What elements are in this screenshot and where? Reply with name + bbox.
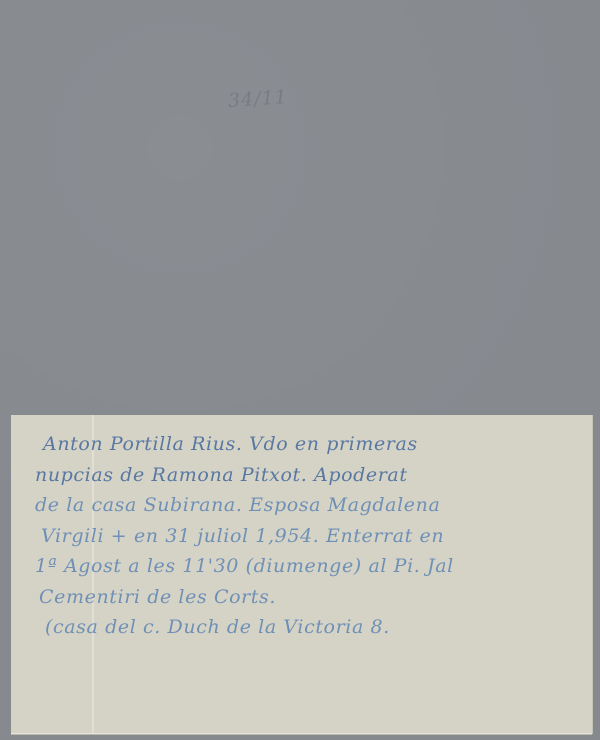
handwritten-index-card: Anton Portilla Rius. Vdo en primeras nup… — [11, 415, 592, 734]
handwritten-note: Anton Portilla Rius. Vdo en primeras nup… — [31, 429, 591, 643]
note-line-5: 1ª Agost a les 11'30 (diumenge) al Pi. J… — [31, 551, 591, 582]
note-line-2: nupcias de Ramona Pitxot. Apoderat — [31, 460, 591, 491]
note-line-3: de la casa Subirana. Esposa Magdalena — [31, 490, 591, 521]
note-line-7: (casa del c. Duch de la Victoria 8. — [31, 612, 591, 643]
note-line-1: Anton Portilla Rius. Vdo en primeras — [31, 429, 591, 460]
pencil-reference-number: 34/11 — [227, 86, 288, 112]
note-line-6: Cementiri de les Corts. — [31, 582, 591, 613]
note-line-4: Virgili + en 31 juliol 1,954. Enterrat e… — [31, 521, 591, 552]
